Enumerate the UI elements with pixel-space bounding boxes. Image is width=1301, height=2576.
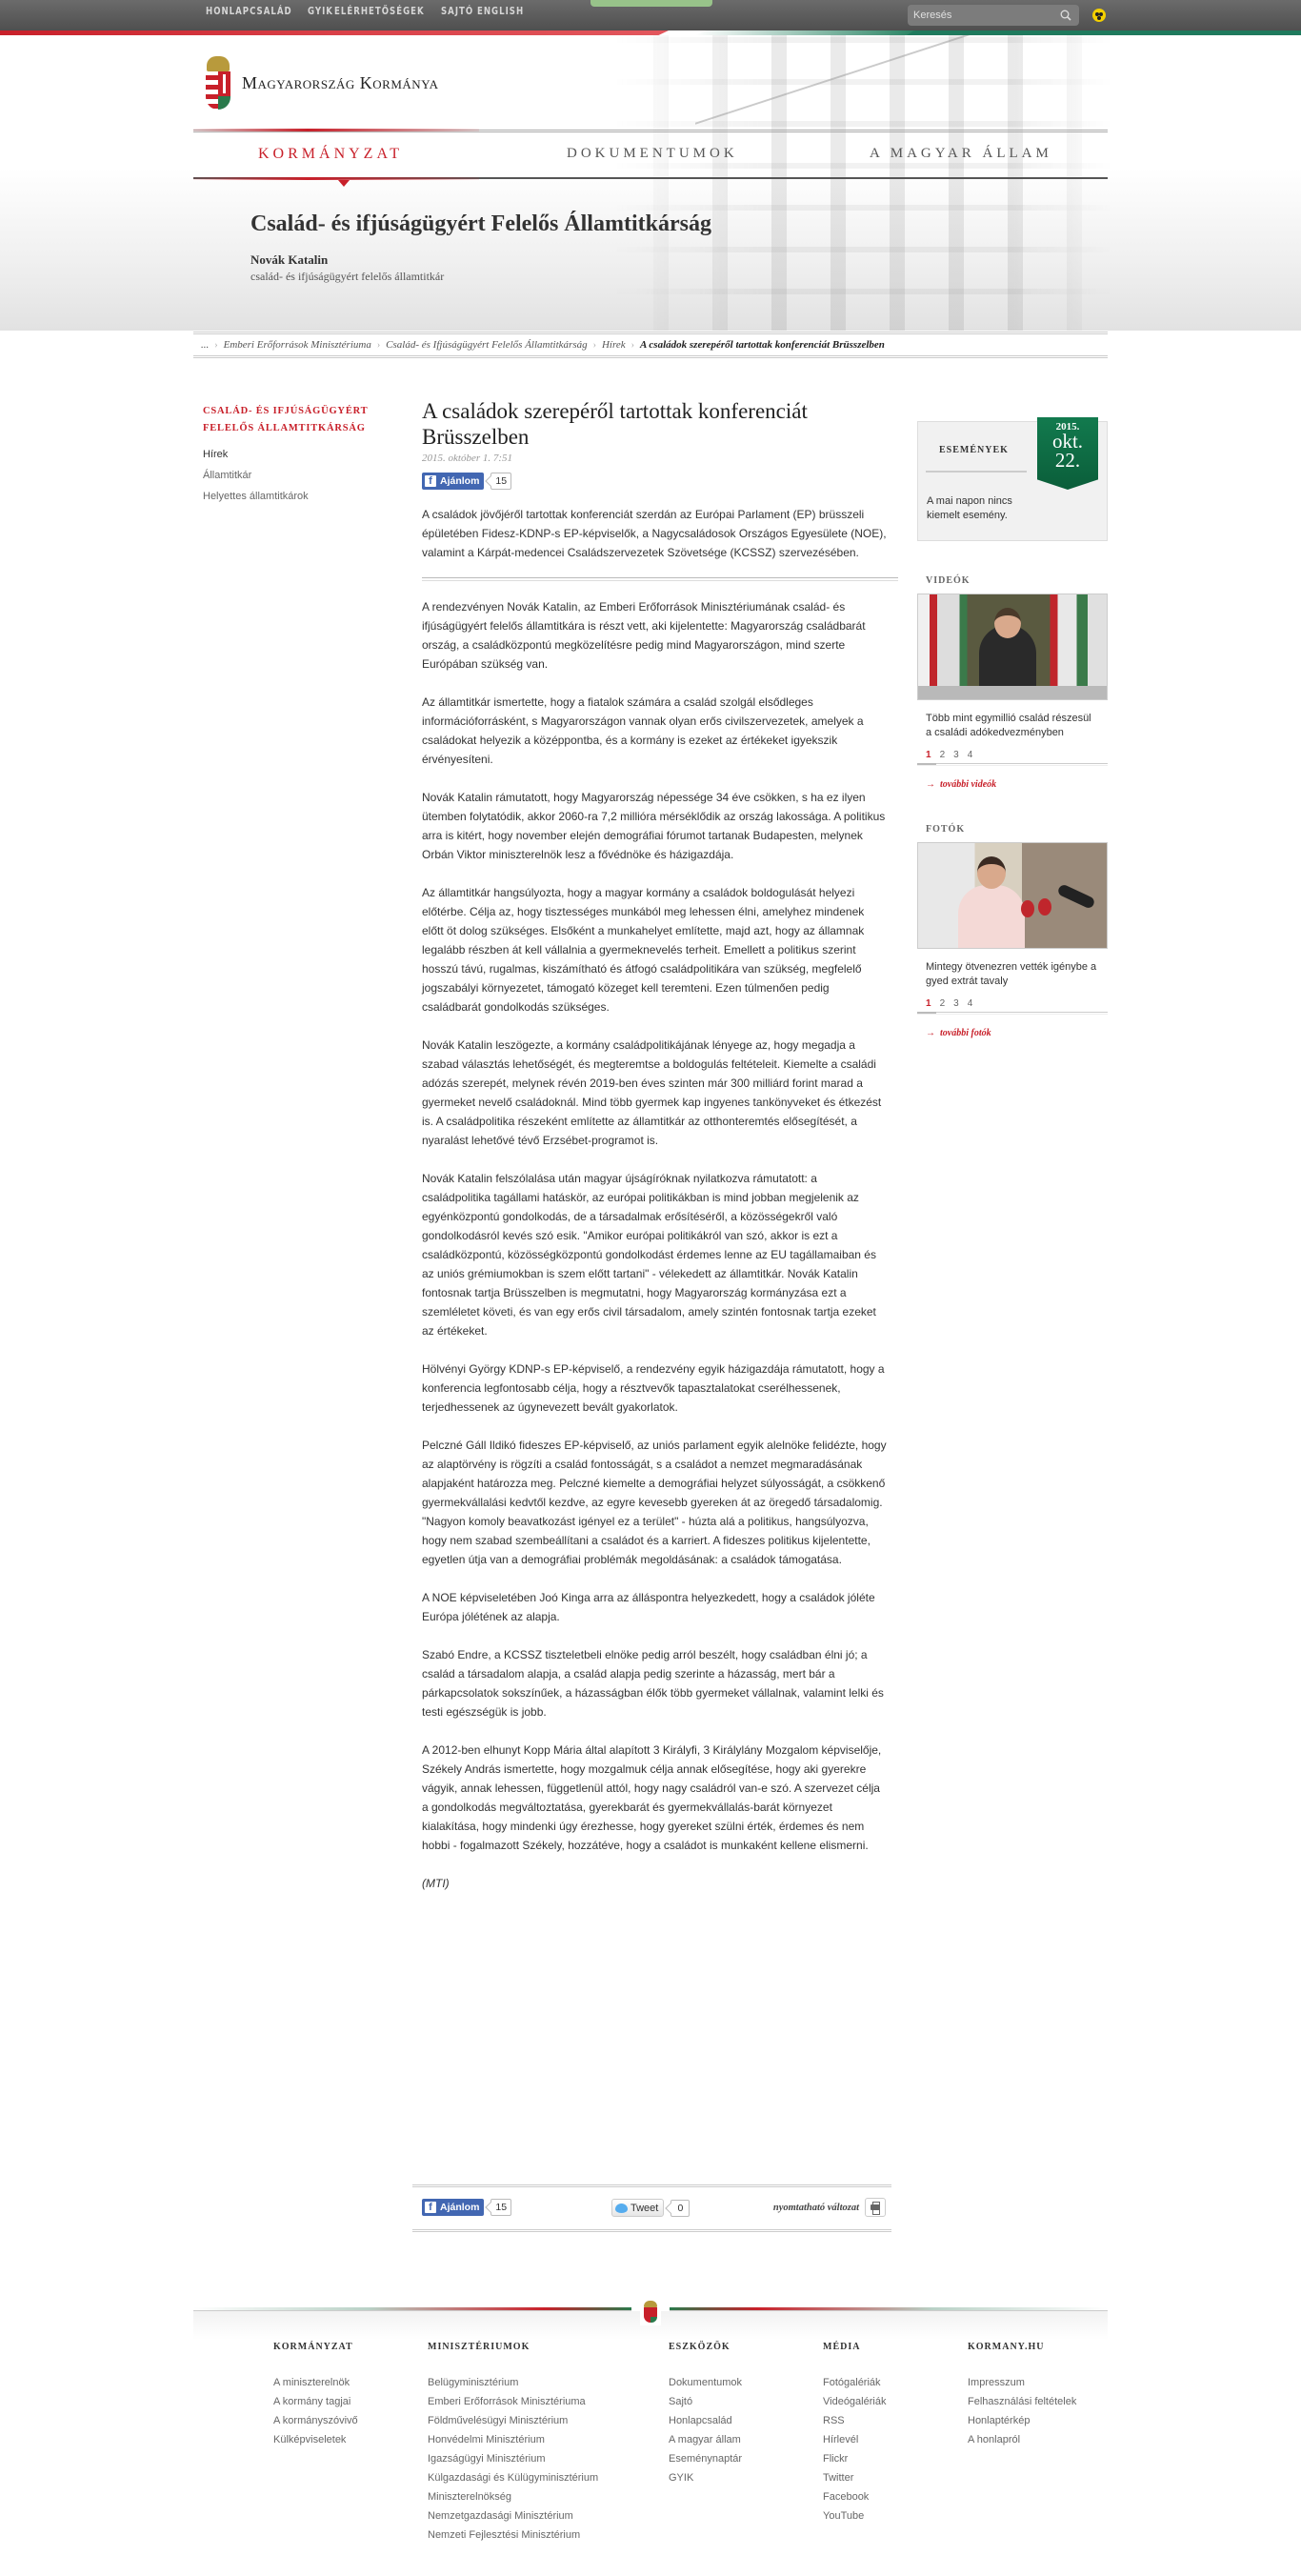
photo-pager: 1 2 3 4 — [926, 998, 1108, 1009]
nav-kormanyzat[interactable]: KORMÁNYZAT — [258, 146, 403, 163]
events-note: A mai napon nincs kiemelt esemény. — [927, 494, 1031, 523]
footer-link[interactable]: Facebook — [823, 2487, 968, 2506]
footer-link[interactable]: Honlapcsalád — [669, 2411, 823, 2430]
sidebar-item-label[interactable]: Hírek — [203, 449, 228, 460]
more-videos-label: további videók — [940, 779, 996, 790]
footer-link[interactable]: Honlaptérkép — [968, 2411, 1120, 2430]
active-nav-caret-icon — [338, 180, 350, 187]
sidebar-section-title[interactable]: Család- és ifjúságügyért felelős államti… — [203, 406, 368, 433]
footer-link[interactable]: Sajtó — [669, 2392, 823, 2411]
article-paragraph: Szabó Endre, a KCSSZ tiszteletbeli elnök… — [422, 1645, 889, 1721]
coat-of-arms-icon — [204, 54, 232, 111]
footer-link[interactable]: A kormányszóvivő — [273, 2411, 428, 2430]
footer-link[interactable]: Honvédelmi Minisztérium — [428, 2430, 669, 2449]
print-version-link[interactable]: nyomtatható változat — [773, 2203, 859, 2213]
video-thumbnail[interactable] — [917, 594, 1108, 700]
article-lead: A családok jövőjéről tartottak konferenc… — [422, 505, 889, 562]
video-page-3[interactable]: 3 — [953, 750, 959, 760]
sidebar-item-hirek[interactable]: Hírek — [203, 449, 374, 460]
article-paragraph: Novák Katalin rámutatott, hogy Magyarors… — [422, 788, 889, 864]
breadcrumb-item[interactable]: Család- és Ifjúságügyért Felelős Államti… — [386, 339, 587, 351]
footer-link[interactable]: Külgazdasági és Külügyminisztérium — [428, 2468, 669, 2487]
footer-link[interactable]: Külképviseletek — [273, 2430, 428, 2449]
article-paragraph: Pelczné Gáll Ildikó fideszes EP-képvisel… — [422, 1436, 889, 1569]
photo-caption[interactable]: Mintegy ötvenezren vették igénybe a gyed… — [926, 960, 1099, 989]
video-page-2[interactable]: 2 — [940, 750, 946, 760]
footer-link[interactable]: YouTube — [823, 2506, 968, 2526]
divider — [926, 471, 1027, 473]
facebook-like-widget: f Ajánlom 15 — [422, 473, 889, 490]
video-page-4[interactable]: 4 — [968, 750, 973, 760]
facebook-icon: f — [425, 475, 436, 487]
tweet-button[interactable]: Tweet — [611, 2199, 664, 2217]
footer-link[interactable]: Hírlevél — [823, 2430, 968, 2449]
site-footer: KORMÁNYZAT A miniszterelnök A kormány ta… — [273, 2342, 1120, 2545]
footer-link[interactable]: Impresszum — [968, 2373, 1120, 2392]
facebook-like-button[interactable]: f Ajánlom — [422, 2199, 484, 2216]
breadcrumb-separator-icon: › — [377, 340, 380, 351]
footer-link[interactable]: Eseménynaptár — [669, 2449, 823, 2468]
article-paragraph: Az államtitkár ismertette, hogy a fiatal… — [422, 693, 889, 769]
top-tab-handle[interactable] — [590, 0, 712, 7]
pager-progress — [917, 1012, 1108, 1015]
video-page-1[interactable]: 1 — [926, 750, 931, 760]
arrow-right-icon: → — [926, 779, 935, 790]
footer-link[interactable]: A honlapról — [968, 2430, 1120, 2449]
footer-coat-of-arms-icon — [640, 2299, 661, 2325]
top-link-gyik[interactable]: GYIK — [308, 6, 333, 17]
site-header: Magyarország Kormánya KORMÁNYZAT DOKUMEN… — [0, 35, 1301, 331]
footer-link[interactable]: Fotógalériák — [823, 2373, 968, 2392]
article-paragraph: Novák Katalin leszögezte, a kormány csal… — [422, 1036, 889, 1150]
tweet-label: Tweet — [630, 2203, 658, 2214]
footer-link[interactable]: A magyar állam — [669, 2430, 823, 2449]
nav-a-magyar-allam[interactable]: A MAGYAR ÁLLAM — [870, 146, 1052, 162]
breadcrumb: ... › Emberi Erőforrások Minisztériuma ›… — [193, 332, 1108, 358]
footer-col-eszkozok: ESZKÖZÖK Dokumentumok Sajtó Honlapcsalád… — [669, 2342, 823, 2545]
department-title: Család- és ifjúságügyért Felelős Államti… — [250, 211, 711, 237]
more-photos-link[interactable]: →további fotók — [926, 1028, 1108, 1038]
footer-link[interactable]: Miniszterelnökség — [428, 2487, 669, 2506]
sidebar-item-helyettes[interactable]: Helyettes államtitkárok — [203, 491, 374, 502]
logo-text: Magyarország Kormánya — [242, 73, 439, 93]
top-nav: HONLAPCSALÁD GYIK ELÉRHETŐSÉGEK SAJTÓ EN… — [206, 6, 533, 17]
photos-title: FOTÓK — [926, 824, 1108, 835]
facebook-like-label: Ajánlom — [440, 2202, 479, 2213]
secretary-role: család- és ifjúságügyért felelős államti… — [250, 270, 444, 284]
facebook-like-widget: f Ajánlom 15 — [422, 2199, 511, 2216]
footer-link[interactable]: Belügyminisztérium — [428, 2373, 669, 2392]
videos-section: VIDEÓK Több mint egymillió család részes… — [917, 575, 1108, 790]
top-bar: HONLAPCSALÁD GYIK ELÉRHETŐSÉGEK SAJTÓ EN… — [0, 0, 1301, 30]
breadcrumb-item[interactable]: Emberi Erőforrások Minisztériuma — [224, 339, 371, 351]
like-count: 15 — [490, 473, 511, 490]
article-title: A családok szerepéről tartottak konferen… — [422, 398, 889, 450]
like-count: 15 — [490, 2199, 511, 2216]
breadcrumb-current: A családok szerepéről tartottak konferen… — [640, 339, 885, 351]
article-paragraph: A NOE képviseletében Joó Kinga arra az á… — [422, 1588, 889, 1626]
photo-thumbnail[interactable] — [917, 842, 1108, 949]
footer-link[interactable]: Nemzetgazdasági Minisztérium — [428, 2506, 669, 2526]
footer-link[interactable]: Dokumentumok — [669, 2373, 823, 2392]
twitter-bird-icon — [615, 2204, 628, 2213]
sidebar-item-label[interactable]: Államtitkár — [203, 470, 251, 481]
printer-icon[interactable] — [865, 2198, 886, 2217]
more-videos-link[interactable]: →további videók — [926, 779, 1108, 790]
sidebar-item-label[interactable]: Helyettes államtitkárok — [203, 491, 309, 502]
footer-link[interactable]: Nemzeti Fejlesztési Minisztérium — [428, 2526, 669, 2545]
pager-progress — [917, 763, 1108, 766]
article-body: A rendezvényen Novák Katalin, az Emberi … — [422, 597, 889, 1893]
article: A családok szerepéről tartottak konferen… — [422, 398, 889, 1912]
article-paragraph: Hölvényi György KDNP-s EP-képviselő, a r… — [422, 1359, 889, 1417]
secretary-name[interactable]: Novák Katalin — [250, 252, 328, 268]
search-icon[interactable] — [1060, 9, 1071, 20]
search-box — [908, 5, 1079, 26]
divider — [422, 577, 898, 581]
footer-col-kormanyhu: KORMANY.HU Impresszum Felhasználási felt… — [968, 2342, 1120, 2545]
video-caption[interactable]: Több mint egymillió család részesül a cs… — [926, 712, 1099, 740]
events-title[interactable]: ESEMÉNYEK — [939, 445, 1009, 455]
footer-link[interactable]: Twitter — [823, 2468, 968, 2487]
footer-col-miniszteriumok: MINISZTÉRIUMOK Belügyminisztérium Emberi… — [428, 2342, 669, 2545]
print-version: nyomtatható változat — [773, 2198, 886, 2217]
tweet-count: 0 — [671, 2200, 690, 2217]
article-paragraph: Novák Katalin felszólalása után magyar ú… — [422, 1169, 889, 1340]
footer-link[interactable]: A kormány tagjai — [273, 2392, 428, 2411]
footer-link[interactable]: Felhasználási feltételek — [968, 2392, 1120, 2411]
article-paragraph: A 2012-ben elhunyt Kopp Mária által alap… — [422, 1741, 889, 1855]
footer-link[interactable]: GYIK — [669, 2468, 823, 2487]
tweet-widget: Tweet 0 — [611, 2199, 690, 2217]
date-day: 22. — [1037, 451, 1098, 470]
videos-title: VIDEÓK — [926, 575, 1108, 586]
arrow-right-icon: → — [926, 1028, 935, 1038]
breadcrumb-separator-icon: › — [214, 340, 217, 351]
video-pager: 1 2 3 4 — [926, 750, 1108, 760]
photos-section: FOTÓK Mintegy ötvenezren vették igénybe … — [917, 824, 1108, 1038]
footer-col-title: MÉDIA — [823, 2342, 968, 2352]
footer-link[interactable]: Flickr — [823, 2449, 968, 2468]
sidebar-item-allamtitkar[interactable]: Államtitkár — [203, 470, 374, 481]
breadcrumb-separator-icon: › — [593, 340, 596, 351]
footer-link[interactable]: Videógalériák — [823, 2392, 968, 2411]
breadcrumb-item[interactable]: Hírek — [602, 339, 626, 351]
footer-link[interactable]: A miniszterelnök — [273, 2373, 428, 2392]
top-link-sajto[interactable]: SAJTÓ — [441, 6, 473, 17]
footer-col-media: MÉDIA Fotógalériák Videógalériák RSS Hír… — [823, 2342, 968, 2545]
more-photos-label: további fotók — [940, 1028, 991, 1038]
facebook-icon: f — [425, 2202, 436, 2213]
footer-link[interactable]: Emberi Erőforrások Minisztériuma — [428, 2392, 669, 2411]
top-link-elerhetosegek[interactable]: ELÉRHETŐSÉGEK — [334, 6, 425, 17]
footer-col-title: MINISZTÉRIUMOK — [428, 2342, 669, 2352]
footer-link[interactable]: RSS — [823, 2411, 968, 2430]
accessibility-icon[interactable] — [1092, 9, 1106, 22]
facebook-like-label: Ajánlom — [440, 475, 479, 487]
article-source: (MTI) — [422, 1874, 889, 1893]
article-paragraph: Az államtitkár hangsúlyozta, hogy a magy… — [422, 883, 889, 1016]
footer-col-title: KORMANY.HU — [968, 2342, 1120, 2352]
footer-col-title: ESZKÖZÖK — [669, 2342, 823, 2352]
nav-dokumentumok[interactable]: DOKUMENTUMOK — [567, 146, 738, 162]
article-date: 2015. október 1. 7:51 — [422, 453, 889, 464]
main-nav: KORMÁNYZAT DOKUMENTUMOK A MAGYAR ÁLLAM — [193, 130, 1108, 179]
events-box: ESEMÉNYEK A mai napon nincs kiemelt esem… — [917, 421, 1108, 541]
article-paragraph: A rendezvényen Novák Katalin, az Emberi … — [422, 597, 889, 674]
breadcrumb-separator-icon: › — [631, 340, 634, 351]
left-sidebar: Család- és ifjúságügyért felelős államti… — [203, 401, 374, 512]
footer-link[interactable]: Földművelésügyi Minisztérium — [428, 2411, 669, 2430]
date-badge: 2015. okt. 22. — [1037, 417, 1098, 490]
photo-page-2[interactable]: 2 — [940, 998, 946, 1009]
footer-col-title: KORMÁNYZAT — [273, 2342, 428, 2352]
facebook-like-button[interactable]: f Ajánlom — [422, 473, 484, 490]
top-link-honlapcsalad[interactable]: HONLAPCSALÁD — [206, 6, 292, 17]
share-bar: f Ajánlom 15 Tweet 0 nyomtatható változa… — [412, 2184, 891, 2232]
footer-col-kormanyzat: KORMÁNYZAT A miniszterelnök A kormány ta… — [273, 2342, 428, 2545]
search-input[interactable] — [913, 8, 1047, 23]
photo-page-4[interactable]: 4 — [968, 998, 973, 1009]
top-link-english[interactable]: ENGLISH — [477, 6, 524, 17]
photo-page-3[interactable]: 3 — [953, 998, 959, 1009]
right-sidebar: ESEMÉNYEK A mai napon nincs kiemelt esem… — [917, 421, 1108, 1038]
site-logo[interactable]: Magyarország Kormánya — [204, 54, 439, 111]
footer-link[interactable]: Igazságügyi Minisztérium — [428, 2449, 669, 2468]
photo-page-1[interactable]: 1 — [926, 998, 931, 1009]
breadcrumb-item[interactable]: ... — [201, 339, 209, 351]
